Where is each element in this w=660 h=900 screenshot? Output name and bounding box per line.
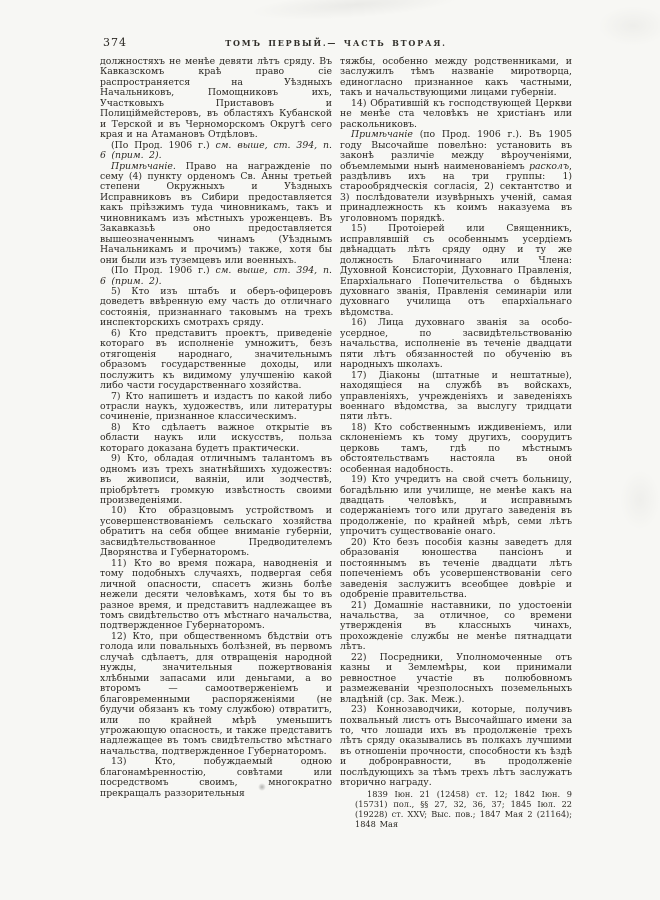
item-5: 5) Кто изъ штабъ и оберъ-офицеровъ довед… (100, 287, 332, 329)
text-run: 8) Кто сдѣлаетъ важное открытіе въ облас… (100, 422, 332, 454)
item-12: 12) Кто, при общественномъ бѣдствіи отъ … (100, 632, 332, 757)
text-run: должностяхъ не менѣе девяти лѣтъ сряду. … (100, 56, 332, 140)
item-13: 13) Кто, побуждаемый одною благонамѣренн… (100, 757, 332, 799)
text-run: 10) Кто образцовымъ устройствомъ и усове… (100, 505, 332, 558)
text-run: 22) Посредники, Уполномоченные отъ казны… (340, 652, 572, 705)
item-11: 11) Кто во время пожара, наводненія и то… (100, 559, 332, 632)
ref-prod-1906-second: (По Прод. 1906 г.) см. выше, ст. 394, п.… (100, 266, 332, 287)
text-run: 9) Кто, обладая отличнымъ талантомъ въ о… (100, 453, 332, 506)
text-run: 23) Коннозаводчики, которые, получивъ по… (340, 704, 572, 788)
note-paragraph: Примѣчаніе. Право на награжденіе по сему… (100, 162, 332, 267)
text-run: 14) Обратившій къ господствующей Церкви … (340, 98, 572, 130)
item-17: 17) Діаконы (штатные и нештатные), наход… (340, 371, 572, 423)
text-run: 6) Кто представитъ проектъ, приведеніе к… (100, 328, 332, 391)
page-header: 374 ТОМЪ ПЕРВЫЙ.— ЧАСТЬ ВТОРАЯ. (100, 36, 572, 52)
italic-text-run: Примѣчаніе (351, 129, 413, 140)
text-columns: должностяхъ не менѣе девяти лѣтъ сряду. … (100, 57, 572, 830)
text-run: 20) Кто безъ пособія казны заведетъ для … (340, 537, 572, 600)
running-title: ТОМЪ ПЕРВЫЙ.— ЧАСТЬ ВТОРАЯ. (100, 38, 572, 48)
continuation-paragraph: должностяхъ не менѣе девяти лѣтъ сряду. … (100, 57, 332, 141)
item-16: 16) Лица духовнаго званія за особо-усерд… (340, 318, 572, 370)
note-prod-1906: Примѣчаніе (по Прод. 1906 г.). Въ 1905 г… (340, 130, 572, 224)
item-9: 9) Кто, обладая отличнымъ талантомъ въ о… (100, 454, 332, 506)
italic-text-run: Примѣчаніе. (111, 161, 176, 172)
text-run: , раздѣливъ ихъ на три группы: 1) староо… (340, 161, 572, 224)
right-column: тяжбы, особенно между родственниками, и … (340, 57, 572, 830)
item-23: 23) Коннозаводчики, которые, получивъ по… (340, 705, 572, 789)
text-run: (По Прод. 1906 г.) (111, 140, 216, 151)
text-run: 17) Діаконы (штатные и нештатные), наход… (340, 370, 572, 423)
item-8: 8) Кто сдѣлаетъ важное открытіе въ облас… (100, 423, 332, 454)
left-column: должностяхъ не менѣе девяти лѣтъ сряду. … (100, 57, 332, 830)
text-run: 21) Домашніе наставники, по удостоеніи н… (340, 600, 572, 653)
text-run: 13) Кто, побуждаемый одною благонамѣренн… (100, 756, 332, 798)
text-run: 1839 Іюн. 21 (12458) ст. 12; 1842 Іюн. 9… (355, 789, 572, 830)
text-run: 19) Кто учредитъ на свой счетъ больницу,… (340, 474, 572, 537)
item-20: 20) Кто безъ пособія казны заведетъ для … (340, 538, 572, 601)
book-page: { "colors":{ "paper":"#f7f7f4", "ink":"#… (0, 0, 660, 900)
item-15: 15) Протоіерей или Священникъ, исправляв… (340, 224, 572, 318)
scan-artifact (598, 6, 660, 46)
continuation-paragraph: тяжбы, особенно между родственниками, и … (340, 57, 572, 99)
text-run: 15) Протоіерей или Священникъ, исправляв… (340, 223, 572, 318)
ref-prod-1906-first: (По Прод. 1906 г.) см. выше, ст. 394, п.… (100, 141, 332, 162)
item-10: 10) Кто образцовымъ устройствомъ и усове… (100, 506, 332, 558)
text-run: 18) Кто собственнымъ иждивеніемъ, или ск… (340, 422, 572, 475)
item-14: 14) Обратившій къ господствующей Церкви … (340, 99, 572, 130)
text-run: 7) Кто напишетъ и издастъ по какой либо … (100, 391, 332, 423)
item-21: 21) Домашніе наставники, по удостоеніи н… (340, 601, 572, 653)
text-run: 5) Кто изъ штабъ и оберъ-офицеровъ довед… (100, 286, 332, 328)
text-run: 12) Кто, при общественномъ бѣдствіи отъ … (100, 631, 332, 757)
text-run: (По Прод. 1906 г.) (111, 265, 216, 276)
scan-artifact (620, 470, 660, 530)
item-19: 19) Кто учредитъ на свой счетъ больницу,… (340, 475, 572, 538)
citation-block: 1839 Іюн. 21 (12458) ст. 12; 1842 Іюн. 9… (340, 789, 572, 830)
text-run: 16) Лица духовнаго званія за особо-усерд… (340, 317, 572, 370)
item-18: 18) Кто собственнымъ иждивеніемъ, или ск… (340, 423, 572, 475)
scan-artifact (249, 0, 460, 25)
item-6: 6) Кто представитъ проектъ, приведеніе к… (100, 329, 332, 392)
item-7: 7) Кто напишетъ и издастъ по какой либо … (100, 392, 332, 423)
italic-text-run: расколъ (529, 161, 569, 172)
item-22: 22) Посредники, Уполномоченные отъ казны… (340, 653, 572, 705)
text-run: тяжбы, особенно между родственниками, и … (340, 56, 572, 98)
text-run: 11) Кто во время пожара, наводненія и то… (100, 558, 332, 632)
text-run: Право на награжденіе по сему (4) пункту … (100, 161, 332, 266)
